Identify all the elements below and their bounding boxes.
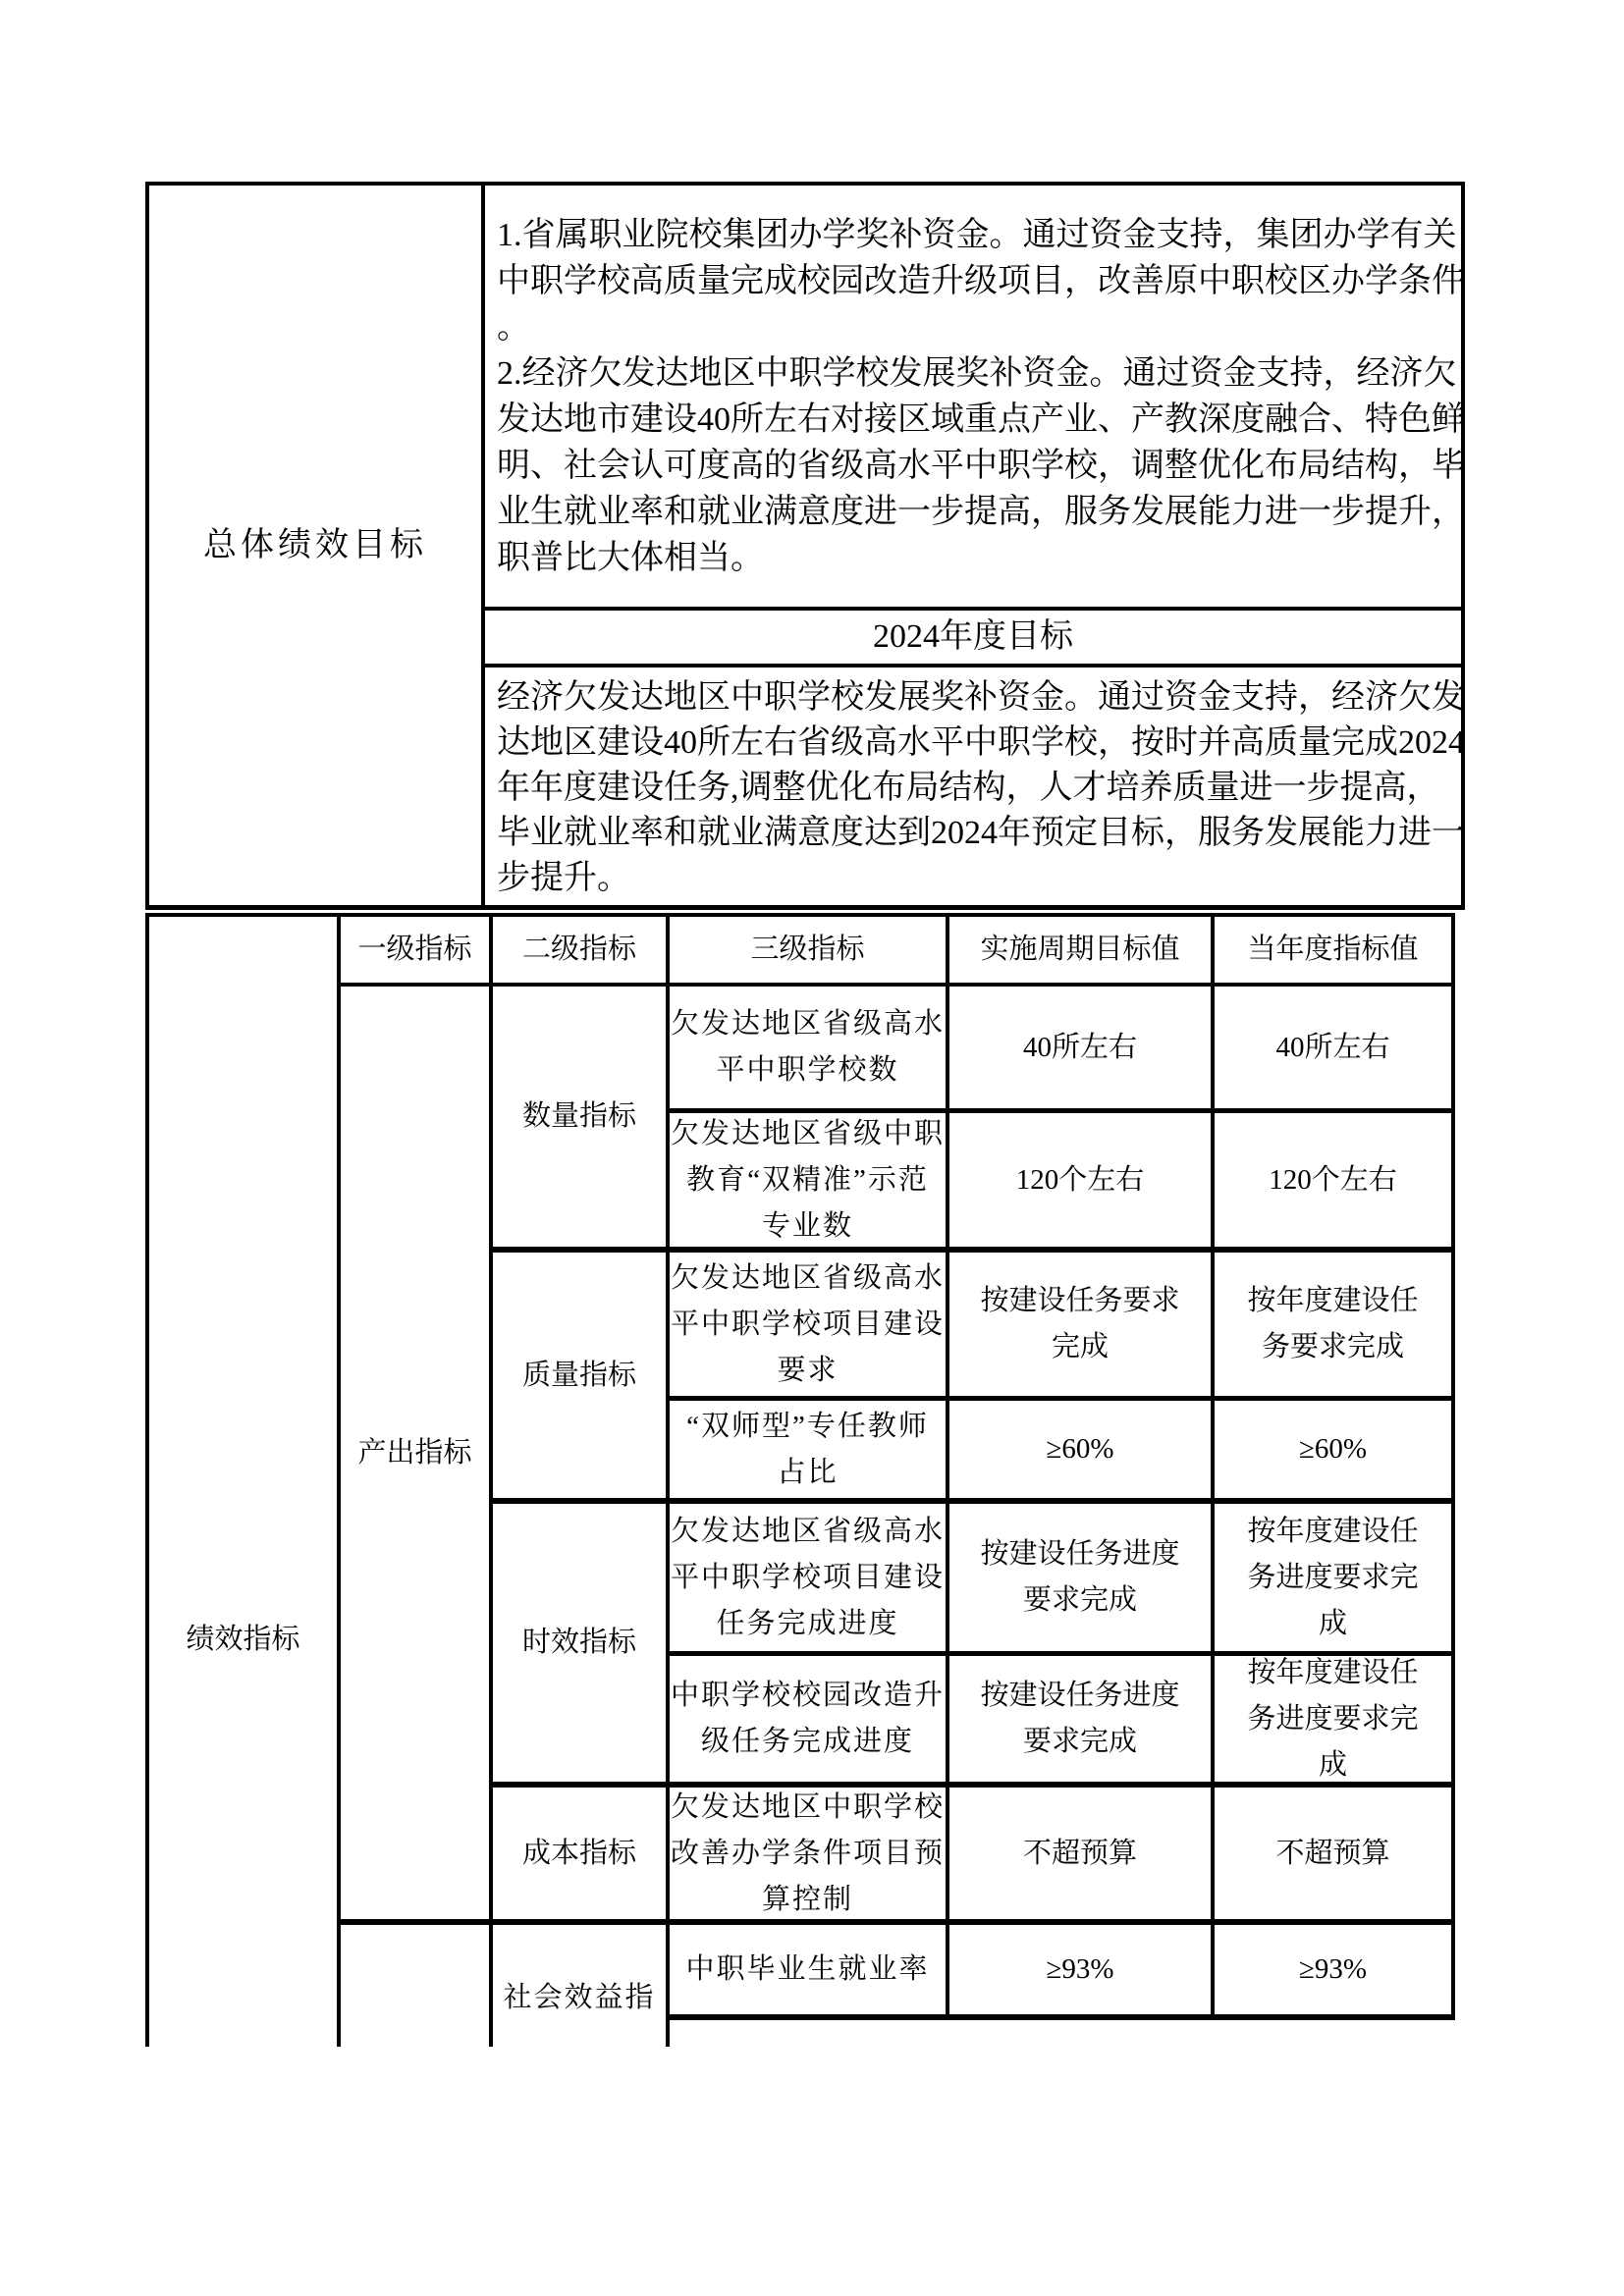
period-target-row8: ≥93% [949, 1925, 1211, 2014]
overall-goal-label: 总体绩效目标 [149, 186, 481, 905]
header-period-target: 实施周期目标值 [949, 917, 1211, 983]
performance-indicator-label: 绩效指标 [149, 1571, 337, 1708]
indicator-l3-row4: “双师型”专任教师 占比 [670, 1401, 946, 1498]
period-target-row3: 按建设任务要求 完成 [949, 1253, 1211, 1396]
document-page: 总体绩效目标 1.省属职业院校集团办学奖补资金。通过资金支持，集团办学有关 中职… [0, 0, 1624, 2296]
indicator-l3-row7: 欠发达地区中职学校 改善办学条件项目预 算控制 [670, 1788, 946, 1919]
table2-border-bottom-cut [666, 2014, 1455, 2020]
period-target-row2: 120个左右 [949, 1113, 1211, 1247]
table2-border-right [1451, 913, 1455, 2020]
header-level3: 三级指标 [670, 917, 946, 983]
header-level2: 二级指标 [493, 917, 666, 983]
indicator-l3-row8: 中职毕业生就业率 [670, 1925, 946, 2014]
indicator-l3-row3: 欠发达地区省级高水 平中职学校项目建设 要求 [670, 1253, 946, 1396]
table2-border-left [145, 913, 149, 2047]
annual-target-row5: 按年度建设任 务进度要求完 成 [1215, 1504, 1451, 1651]
indicator-l3-row1: 欠发达地区省级高水 平中职学校数 [670, 987, 946, 1108]
level1-group-output: 产出指标 [341, 987, 489, 1919]
level2-group-social-benefit: 社会效益指 [493, 1925, 666, 2047]
annual-goal-header: 2024年度目标 [485, 609, 1461, 664]
level2-group-cost: 成本指标 [493, 1788, 666, 1919]
header-annual-target: 当年度指标值 [1215, 917, 1451, 983]
annual-target-row7: 不超预算 [1215, 1788, 1451, 1919]
level2-group-quality: 质量指标 [493, 1253, 666, 1498]
period-target-row6: 按建设任务进度 要求完成 [949, 1656, 1211, 1782]
overall-goal-text: 1.省属职业院校集团办学奖补资金。通过资金支持，集团办学有关 中职学校高质量完成… [489, 187, 1471, 630]
level2-group-timeliness: 时效指标 [493, 1504, 666, 1782]
period-target-row4: ≥60% [949, 1401, 1211, 1498]
indicator-l3-row2: 欠发达地区省级中职 教育“双精准”示范 专业数 [670, 1113, 946, 1247]
table1-divider-vertical [481, 182, 485, 910]
indicator-l3-row5: 欠发达地区省级高水 平中职学校项目建设 任务完成进度 [670, 1504, 946, 1651]
annual-target-row6: 按年度建设任 务进度要求完 成 [1215, 1656, 1451, 1782]
annual-target-row3: 按年度建设任 务要求完成 [1215, 1253, 1451, 1396]
annual-target-row4: ≥60% [1215, 1401, 1451, 1498]
period-target-row5: 按建设任务进度 要求完成 [949, 1504, 1211, 1651]
annual-target-row8: ≥93% [1215, 1925, 1451, 2014]
period-target-row1: 40所左右 [949, 987, 1211, 1108]
indicator-l3-row6: 中职学校校园改造升 级任务完成进度 [670, 1656, 946, 1782]
annual-target-row2: 120个左右 [1215, 1113, 1451, 1247]
annual-target-row1: 40所左右 [1215, 987, 1451, 1108]
period-target-row7: 不超预算 [949, 1788, 1211, 1919]
level2-group-quantity: 数量指标 [493, 987, 666, 1247]
header-level1: 一级指标 [341, 917, 489, 983]
annual-goal-text: 经济欠发达地区中职学校发展奖补资金。通过资金支持，经济欠发 达地区建设40所左右… [489, 667, 1471, 911]
